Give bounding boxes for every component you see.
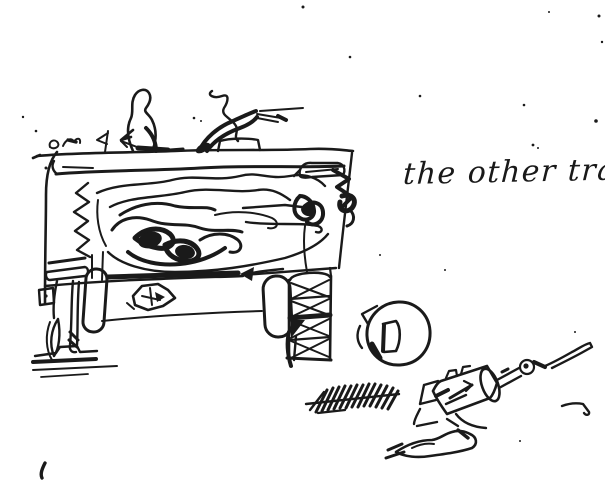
cart-top-figures	[35, 90, 303, 174]
cart-inner-scribble	[74, 174, 328, 280]
boot-doodle	[386, 430, 476, 458]
ladder-frame	[287, 268, 331, 366]
stray-marks	[41, 403, 589, 478]
circle-face-doodle	[358, 302, 431, 365]
ink-sketch	[0, 0, 605, 480]
rock-scribble	[127, 284, 175, 310]
scanned-sketch-page: the other trac	[0, 0, 605, 480]
hatch-scribble	[306, 384, 399, 413]
ground-lines	[33, 346, 117, 377]
handwritten-caption: the other trac	[402, 152, 605, 192]
fallen-tractor-doodle	[420, 343, 592, 428]
